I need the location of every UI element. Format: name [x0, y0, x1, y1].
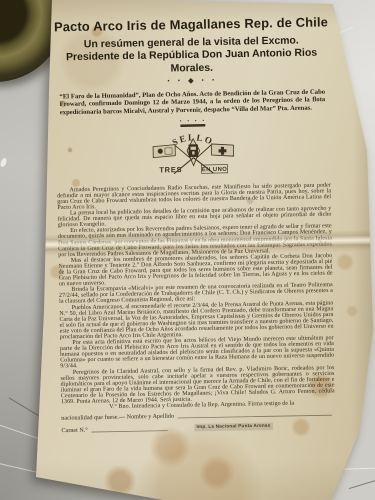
document-body: Amados Peregrinos y Conciudadanos Radio …	[57, 181, 335, 433]
ornament-divider: · · ◆ · ·	[53, 75, 330, 88]
nationality-label: nacionalidad que fuese.— Nombre y Apelli…	[61, 413, 174, 422]
document-title: Pacto Arco Iris de Magallanes Rep. de Ch…	[52, 16, 329, 36]
carnet-label: Carnet N.°	[61, 427, 87, 434]
signature-rule	[177, 410, 332, 419]
photo-scene: Pacto Arco Iris de Magallanes Rep. de Ch…	[0, 0, 375, 500]
seal-shield	[188, 144, 198, 157]
paper-fold-crease	[36, 230, 375, 257]
document-subtitle: Un resúmen general de la visita del Excm…	[59, 34, 324, 77]
document-lede: “El Faro de la Humanidad”, Plan de Ocho …	[59, 88, 325, 117]
printer-imprint: Imp. La Nacional Punta Arenas	[194, 423, 273, 432]
seal-shield-window	[190, 146, 196, 149]
carnet-rule	[91, 425, 167, 432]
three-in-one-seal: SELLO TRES EN U	[146, 128, 240, 179]
seal-left-label: TRES	[159, 165, 182, 174]
seal-right-label: EN UNO	[202, 167, 227, 173]
document-content: Pacto Arco Iris de Magallanes Rep. de Ch…	[52, 0, 337, 434]
paper-shadow-wrap: Pacto Arco Iris de Magallanes Rep. de Ch…	[0, 0, 375, 500]
seal-shield-door	[192, 151, 194, 154]
document-paper: Pacto Arco Iris de Magallanes Rep. de Ch…	[0, 0, 375, 500]
ornament-bar	[180, 124, 205, 127]
nationality-form-line: nacionalidad que fuese.— Nombre y Apelli…	[61, 410, 335, 422]
